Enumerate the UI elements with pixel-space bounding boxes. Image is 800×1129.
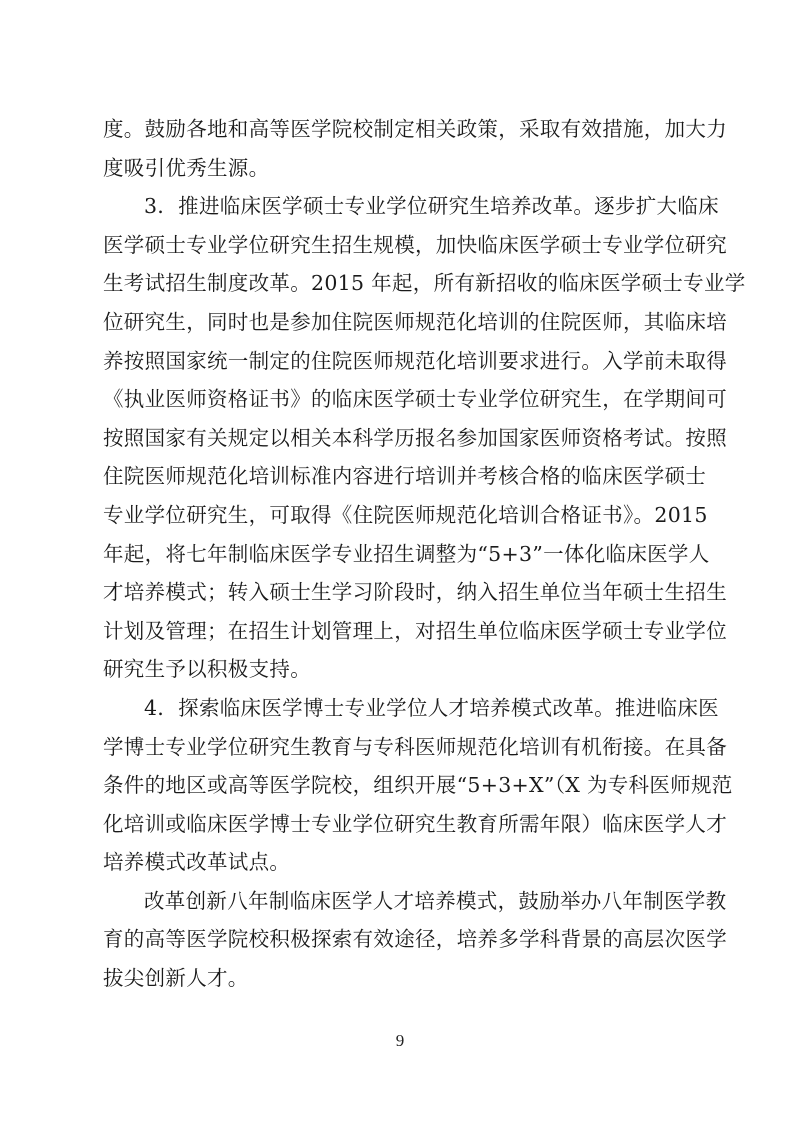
paragraph-item-3: 3．推进临床医学硕士专业学位研究生培养改革。逐步扩大临床 医学硕士专业学位研究生… [103, 187, 703, 689]
paragraph-eight-year-program: 改革创新八年制临床医学人才培养模式，鼓励举办八年制医学教 育的高等医学院校积极探… [103, 882, 703, 998]
document-body: 度。鼓励各地和高等医学院校制定相关政策，采取有效措施，加大力 度吸引优秀生源。 … [103, 110, 703, 998]
text-line: 年起，将七年制临床医学专业招生调整为“5+3”一体化临床医学人 [103, 535, 703, 574]
text-line: 计划及管理；在招生计划管理上，对招生单位临床医学硕士专业学位 [103, 612, 703, 651]
document-page: 度。鼓励各地和高等医学院校制定相关政策，采取有效措施，加大力 度吸引优秀生源。 … [0, 0, 800, 1129]
text-line: 生考试招生制度改革。2015 年起，所有新招收的临床医学硕士专业学 [103, 264, 703, 303]
paragraph-item-4: 4．探索临床医学博士专业学位人才培养模式改革。推进临床医 学博士专业学位研究生教… [103, 689, 703, 882]
text-line: 度。鼓励各地和高等医学院校制定相关政策，采取有效措施，加大力 [103, 110, 703, 149]
text-line: 才培养模式；转入硕士生学习阶段时，纳入招生单位当年硕士生招生 [103, 573, 703, 612]
text-line: 专业学位研究生，可取得《住院医师规范化培训合格证书》。2015 [103, 496, 703, 535]
text-line: 《执业医师资格证书》的临床医学硕士专业学位研究生，在学期间可 [103, 380, 703, 419]
paragraph-continuation: 度。鼓励各地和高等医学院校制定相关政策，采取有效措施，加大力 度吸引优秀生源。 [103, 110, 703, 187]
text-line: 住院医师规范化培训标准内容进行培训并考核合格的临床医学硕士 [103, 457, 703, 496]
text-line: 按照国家有关规定以相关本科学历报名参加国家医师资格考试。按照 [103, 419, 703, 458]
text-line: 改革创新八年制临床医学人才培养模式，鼓励举办八年制医学教 [103, 882, 703, 921]
text-line: 度吸引优秀生源。 [103, 149, 703, 188]
text-line: 3．推进临床医学硕士专业学位研究生培养改革。逐步扩大临床 [103, 187, 703, 226]
text-line: 研究生予以积极支持。 [103, 650, 703, 689]
text-line: 培养模式改革试点。 [103, 843, 703, 882]
text-line: 育的高等医学院校积极探索有效途径，培养多学科背景的高层次医学 [103, 920, 703, 959]
text-line: 学博士专业学位研究生教育与专科医师规范化培训有机衔接。在具备 [103, 728, 703, 767]
text-line: 医学硕士专业学位研究生招生规模，加快临床医学硕士专业学位研究 [103, 226, 703, 265]
text-line: 条件的地区或高等医学院校，组织开展“5+3+X”（X 为专科医师规范 [103, 766, 703, 805]
text-line: 化培训或临床医学博士专业学位研究生教育所需年限）临床医学人才 [103, 805, 703, 844]
page-number: 9 [0, 1031, 800, 1051]
text-line: 位研究生，同时也是参加住院医师规范化培训的住院医师，其临床培 [103, 303, 703, 342]
text-line: 养按照国家统一制定的住院医师规范化培训要求进行。入学前未取得 [103, 342, 703, 381]
text-line: 拔尖创新人才。 [103, 959, 703, 998]
text-line: 4．探索临床医学博士专业学位人才培养模式改革。推进临床医 [103, 689, 703, 728]
